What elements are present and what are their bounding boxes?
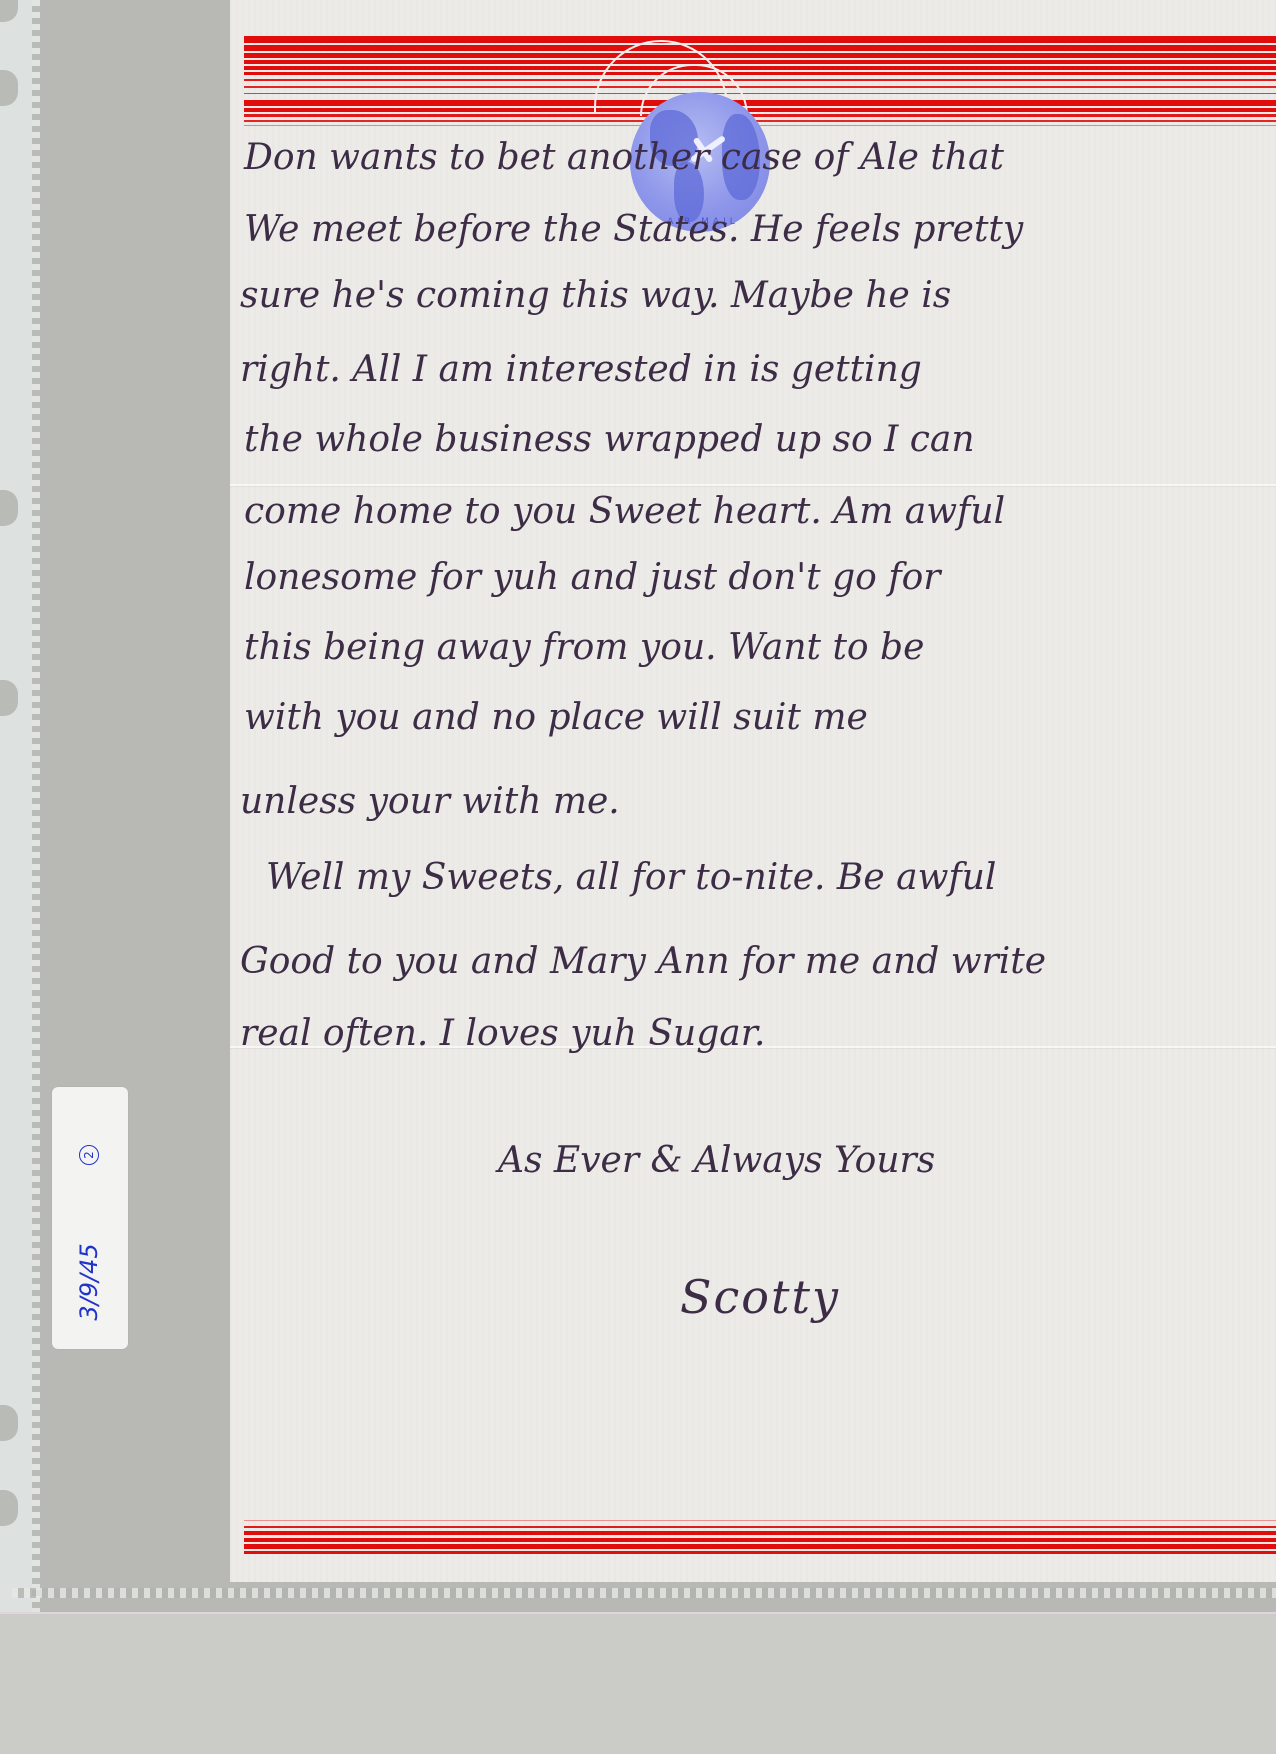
footer-stripes <box>244 1520 1276 1556</box>
sheet-protector-binding <box>0 0 32 1612</box>
binder-hole <box>0 1490 18 1526</box>
body-line: Well my Sweets, all for to-nite. Be awfu… <box>266 860 996 896</box>
scanner-background <box>0 1614 1276 1754</box>
binder-hole <box>0 0 18 22</box>
body-line: the whole business wrapped up so I can <box>244 422 975 458</box>
protector-perforation-vertical <box>32 0 40 1612</box>
binder-hole <box>0 70 18 106</box>
body-line: right. All I am interested in is getting <box>240 352 922 388</box>
paper-fold <box>230 484 1276 486</box>
binder-hole <box>0 490 18 526</box>
protector-perforation-horizontal <box>12 1588 1276 1598</box>
binder-hole <box>0 1405 18 1441</box>
body-line: Good to you and Mary Ann for me and writ… <box>240 944 1046 980</box>
letter-closing: As Ever & Always Yours <box>498 1140 935 1181</box>
body-line: lonesome for yuh and just don't go for <box>244 560 940 596</box>
letter-page: AIR MAIL Don wants to bet another case o… <box>230 0 1276 1582</box>
body-line: Don wants to bet another case of Ale tha… <box>244 140 1004 176</box>
body-line: with you and no place will suit me <box>244 700 868 736</box>
label-date: 3/9/45 <box>75 1240 105 1324</box>
header-stripes <box>244 36 1276 126</box>
body-line: real often. I loves yuh Sugar. <box>240 1016 765 1052</box>
body-line: We meet before the States. He feels pret… <box>244 212 1023 248</box>
binder-hole <box>0 680 18 716</box>
body-line: unless your with me. <box>240 784 620 820</box>
body-line: come home to you Sweet heart. Am awful <box>244 494 1005 530</box>
page-number-badge: 2 <box>78 1135 102 1175</box>
body-line: sure he's coming this way. Maybe he is <box>240 278 951 314</box>
index-label: 2 3/9/45 <box>52 1087 128 1349</box>
signature: Scotty <box>680 1270 840 1324</box>
body-line: this being away from you. Want to be <box>244 630 924 666</box>
